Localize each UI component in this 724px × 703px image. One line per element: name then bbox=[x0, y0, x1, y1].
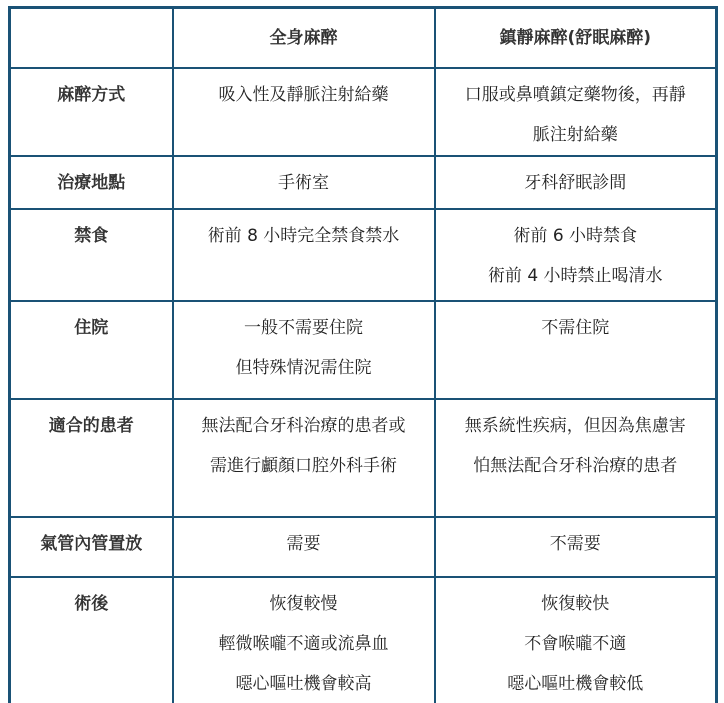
row-label: 氣管內管置放 bbox=[11, 524, 172, 564]
cell-line: 牙科舒眠診間 bbox=[436, 163, 716, 203]
row-label-cell: 麻醉方式 bbox=[10, 68, 173, 156]
table-header-row: 全身麻醉 鎮靜麻醉(舒眠麻醉) bbox=[10, 8, 717, 68]
table-row: 住院 一般不需要住院 但特殊情況需住院 不需住院 bbox=[10, 301, 717, 399]
row-label: 治療地點 bbox=[11, 163, 172, 203]
cell-line: 但特殊情況需住院 bbox=[174, 348, 434, 388]
general-cell: 恢復較慢 輕微喉嚨不適或流鼻血 噁心嘔吐機會較高 bbox=[173, 577, 435, 703]
general-cell: 無法配合牙科治療的患者或 需進行顱顏口腔外科手術 bbox=[173, 399, 435, 517]
cell-line: 無法配合牙科治療的患者或 bbox=[174, 406, 434, 446]
sedation-cell: 牙科舒眠診間 bbox=[435, 156, 717, 209]
sedation-cell: 恢復較快 不會喉嚨不適 噁心嘔吐機會較低 bbox=[435, 577, 717, 703]
row-label: 麻醉方式 bbox=[11, 75, 172, 115]
sedation-cell: 不需住院 bbox=[435, 301, 717, 399]
general-cell: 一般不需要住院 但特殊情況需住院 bbox=[173, 301, 435, 399]
row-label-cell: 適合的患者 bbox=[10, 399, 173, 517]
cell-line: 怕無法配合牙科治療的患者 bbox=[436, 446, 716, 486]
table-row: 治療地點 手術室 牙科舒眠診間 bbox=[10, 156, 717, 209]
cell-line: 一般不需要住院 bbox=[174, 308, 434, 348]
row-label-cell: 術後 bbox=[10, 577, 173, 703]
sedation-cell: 口服或鼻噴鎮定藥物後，再靜 脈注射給藥 bbox=[435, 68, 717, 156]
row-label-cell: 住院 bbox=[10, 301, 173, 399]
anesthesia-comparison-table: 全身麻醉 鎮靜麻醉(舒眠麻醉) 麻醉方式 吸入性及靜脈注射給藥 口服或鼻噴鎮定藥… bbox=[8, 6, 718, 703]
cell-line: 不會喉嚨不適 bbox=[436, 624, 716, 664]
general-cell: 吸入性及靜脈注射給藥 bbox=[173, 68, 435, 156]
row-label-cell: 治療地點 bbox=[10, 156, 173, 209]
cell-line: 脈注射給藥 bbox=[436, 115, 716, 155]
sedation-cell: 無系統性疾病，但因為焦慮害 怕無法配合牙科治療的患者 bbox=[435, 399, 717, 517]
row-label: 住院 bbox=[11, 308, 172, 348]
cell-line: 需要 bbox=[174, 524, 434, 564]
general-cell: 手術室 bbox=[173, 156, 435, 209]
header-sedation-anesthesia: 鎮靜麻醉(舒眠麻醉) bbox=[435, 8, 717, 68]
cell-line: 需進行顱顏口腔外科手術 bbox=[174, 446, 434, 486]
cell-line: 口服或鼻噴鎮定藥物後，再靜 bbox=[436, 75, 716, 115]
cell-line: 恢復較慢 bbox=[174, 584, 434, 624]
header-general-anesthesia: 全身麻醉 bbox=[173, 8, 435, 68]
cell-line: 輕微喉嚨不適或流鼻血 bbox=[174, 624, 434, 664]
sedation-cell: 術前 6 小時禁食 術前 4 小時禁止喝清水 bbox=[435, 209, 717, 301]
cell-line: 術前 6 小時禁食 bbox=[436, 216, 716, 256]
table-row: 術後 恢復較慢 輕微喉嚨不適或流鼻血 噁心嘔吐機會較高 恢復較快 不會喉嚨不適 … bbox=[10, 577, 717, 703]
cell-line: 術前 4 小時禁止喝清水 bbox=[436, 256, 716, 296]
cell-line: 手術室 bbox=[174, 163, 434, 203]
row-label: 禁食 bbox=[11, 216, 172, 256]
cell-line: 不需住院 bbox=[436, 308, 716, 348]
row-label-cell: 氣管內管置放 bbox=[10, 517, 173, 577]
cell-line: 吸入性及靜脈注射給藥 bbox=[174, 75, 434, 115]
table-row: 麻醉方式 吸入性及靜脈注射給藥 口服或鼻噴鎮定藥物後，再靜 脈注射給藥 bbox=[10, 68, 717, 156]
cell-line: 恢復較快 bbox=[436, 584, 716, 624]
cell-line: 無系統性疾病，但因為焦慮害 bbox=[436, 406, 716, 446]
table-row: 禁食 術前 8 小時完全禁食禁水 術前 6 小時禁食 術前 4 小時禁止喝清水 bbox=[10, 209, 717, 301]
cell-line: 不需要 bbox=[436, 524, 716, 564]
header-empty-cell bbox=[10, 8, 173, 68]
row-label: 適合的患者 bbox=[11, 406, 172, 446]
row-label: 術後 bbox=[11, 584, 172, 624]
table-row: 適合的患者 無法配合牙科治療的患者或 需進行顱顏口腔外科手術 無系統性疾病，但因… bbox=[10, 399, 717, 517]
general-cell: 需要 bbox=[173, 517, 435, 577]
cell-line: 噁心嘔吐機會較低 bbox=[436, 664, 716, 703]
general-cell: 術前 8 小時完全禁食禁水 bbox=[173, 209, 435, 301]
cell-line: 噁心嘔吐機會較高 bbox=[174, 664, 434, 703]
cell-line: 術前 8 小時完全禁食禁水 bbox=[174, 216, 434, 256]
table-row: 氣管內管置放 需要 不需要 bbox=[10, 517, 717, 577]
row-label-cell: 禁食 bbox=[10, 209, 173, 301]
sedation-cell: 不需要 bbox=[435, 517, 717, 577]
